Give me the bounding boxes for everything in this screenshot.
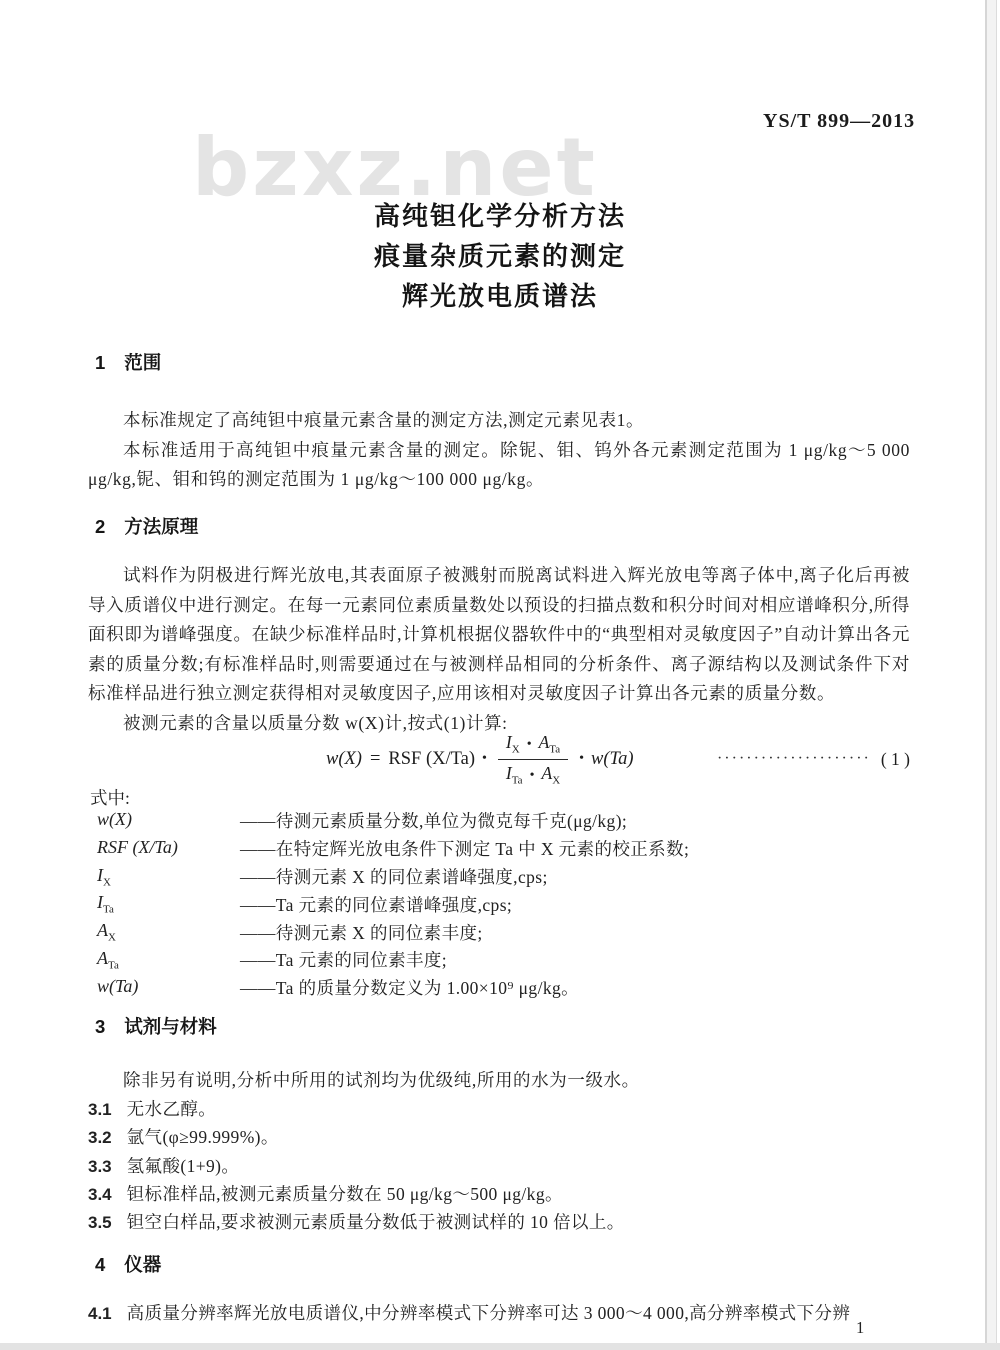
symbol-definitions: w(X) ——待测元素质量分数,单位为微克每千克(μg/kg); RSF (X/…	[97, 807, 912, 1002]
definition-term: w(X)	[97, 809, 240, 833]
sub-X: X	[552, 774, 560, 786]
equals-sign: =	[370, 749, 380, 770]
paragraph: 本标准适用于高纯钽中痕量元素含量的测定。除铌、钼、钨外各元素测定范围为 1 μg…	[88, 436, 910, 495]
term-sub: Ta	[103, 904, 114, 916]
definition-term: ATa	[97, 948, 240, 972]
section2-heading: 2方法原理	[95, 513, 198, 539]
equation: w(X) = RSF (X/Ta) • IX•ATa ITa•AX • w(Ta…	[326, 732, 634, 786]
term-sub: X	[103, 876, 111, 888]
clause-number: 3.3	[88, 1157, 112, 1176]
eq-rhs: w(Ta)	[591, 749, 634, 770]
clause-number: 4.1	[88, 1304, 112, 1323]
clause-3-1: 3.1无水乙醇。	[88, 1096, 948, 1121]
term-sub: Ta	[108, 960, 119, 972]
definition-row: IX ——待测元素 X 的同位素谱峰强度,cps;	[97, 863, 912, 891]
var-A: A	[539, 732, 550, 752]
section3-number: 3	[95, 1016, 105, 1038]
standard-code: YS/T 899—2013	[763, 110, 915, 133]
title-line-2: 痕量杂质元素的测定	[0, 236, 1000, 276]
title-line-1: 高纯钽化学分析方法	[0, 196, 1000, 236]
section4-label: 仪器	[124, 1254, 161, 1275]
clause-text: 氢氟酸(1+9)。	[127, 1156, 240, 1176]
clause-number: 3.4	[88, 1185, 112, 1204]
fraction-denominator: ITa•AX	[506, 760, 560, 787]
eq-lhs: w(X)	[326, 749, 362, 770]
term-text: RSF (X/Ta)	[97, 837, 178, 857]
definition-desc: ——待测元素 X 的同位素谱峰强度,cps;	[240, 864, 548, 889]
clause-number: 3.2	[88, 1128, 112, 1147]
definition-term: AX	[97, 920, 240, 944]
definition-term: w(Ta)	[97, 976, 240, 1000]
clause-4-1: 4.1高质量分辨率辉光放电质谱仪,中分辨率模式下分辨率可达 3 000～4 00…	[88, 1300, 948, 1325]
term-text: A	[97, 920, 108, 940]
multiply-dot: •	[579, 751, 584, 767]
definition-row: ITa ——Ta 元素的同位素谱峰强度,cps;	[97, 890, 912, 918]
multiply-dot: •	[530, 768, 535, 783]
clause-number: 3.1	[88, 1100, 112, 1119]
var-A: A	[541, 763, 552, 783]
definition-term: IX	[97, 865, 240, 889]
paragraph: 除非另有说明,分析中所用的试剂均为优级纯,所用的水为一级水。	[88, 1066, 910, 1096]
term-text: w(X)	[97, 809, 132, 829]
section3-intro: 除非另有说明,分析中所用的试剂均为优级纯,所用的水为一级水。	[88, 1066, 910, 1096]
term-text: w(Ta)	[97, 976, 138, 996]
clause-number: 3.5	[88, 1213, 112, 1232]
section1-number: 1	[95, 352, 105, 374]
equation-number: ( 1 )	[881, 749, 910, 770]
term-sub: X	[108, 932, 116, 944]
document-title: 高纯钽化学分析方法 痕量杂质元素的测定 辉光放电质谱法	[0, 196, 1000, 316]
clause-text: 钽空白样品,要求被测元素质量分数低于被测试样的 10 倍以上。	[127, 1212, 625, 1232]
definition-desc: ——待测元素质量分数,单位为微克每千克(μg/kg);	[240, 808, 627, 833]
sub-X: X	[512, 744, 520, 756]
formula-1: w(X) = RSF (X/Ta) • IX•ATa ITa•AX • w(Ta…	[88, 728, 910, 790]
section3-label: 试剂与材料	[124, 1016, 217, 1037]
multiply-dot: •	[527, 737, 532, 752]
sub-Ta: Ta	[549, 744, 560, 756]
fraction: IX•ATa ITa•AX	[498, 732, 568, 786]
definition-row: ATa ——Ta 元素的同位素丰度;	[97, 946, 912, 974]
definition-desc: ——在特定辉光放电条件下测定 Ta 中 X 元素的校正系数;	[240, 836, 689, 861]
term-text: A	[97, 948, 108, 968]
section4-heading: 4仪器	[95, 1251, 161, 1277]
clause-3-5: 3.5钽空白样品,要求被测元素质量分数低于被测试样的 10 倍以上。	[88, 1209, 948, 1234]
definition-desc: ——待测元素 X 的同位素丰度;	[240, 920, 483, 945]
page-edge-bottom	[0, 1343, 1000, 1350]
title-line-3: 辉光放电质谱法	[0, 276, 1000, 316]
paragraph: 本标准规定了高纯钽中痕量元素含量的测定方法,测定元素见表1。	[88, 406, 910, 436]
clause-3-2: 3.2氩气(φ≥99.999%)。	[88, 1124, 948, 1149]
section4-number: 4	[95, 1254, 105, 1276]
definition-term: ITa	[97, 892, 240, 916]
definition-desc: ——Ta 元素的同位素谱峰强度,cps;	[240, 892, 512, 917]
definition-term: RSF (X/Ta)	[97, 837, 240, 861]
clause-text: 无水乙醇。	[127, 1099, 217, 1119]
fraction-numerator: IX•ATa	[498, 732, 568, 760]
definition-row: AX ——待测元素 X 的同位素丰度;	[97, 918, 912, 946]
clause-3-4: 3.4钽标准样品,被测元素质量分数在 50 μg/kg～500 μg/kg。	[88, 1181, 948, 1206]
clause-text: 氩气(φ≥99.999%)。	[127, 1127, 279, 1147]
clause-text: 高质量分辨率辉光放电质谱仪,中分辨率模式下分辨率可达 3 000～4 000,高…	[127, 1303, 851, 1323]
document-page: bzxz.net YS/T 899—2013 高纯钽化学分析方法 痕量杂质元素的…	[0, 0, 1000, 1350]
clause-text: 钽标准样品,被测元素质量分数在 50 μg/kg～500 μg/kg。	[127, 1184, 563, 1204]
definition-desc: ——Ta 元素的同位素丰度;	[240, 947, 447, 972]
sub-Ta: Ta	[512, 774, 523, 786]
section2-number: 2	[95, 516, 105, 538]
definition-row: w(X) ——待测元素质量分数,单位为微克每千克(μg/kg);	[97, 807, 912, 835]
dot-leader: ·····················	[717, 750, 871, 768]
section2-body: 试料作为阴极进行辉光放电,其表面原子被溅射而脱离试料进入辉光放电等离子体中,离子…	[88, 561, 910, 738]
section1-label: 范围	[124, 352, 161, 373]
clause-3-3: 3.3氢氟酸(1+9)。	[88, 1153, 948, 1178]
definition-desc: ——Ta 的质量分数定义为 1.00×10⁹ μg/kg。	[240, 975, 579, 1000]
eq-rsf: RSF (X/Ta)	[388, 749, 475, 770]
paragraph: 试料作为阴极进行辉光放电,其表面原子被溅射而脱离试料进入辉光放电等离子体中,离子…	[88, 561, 910, 709]
page-number: 1	[856, 1318, 864, 1338]
section1-heading: 1范围	[95, 349, 161, 375]
section2-label: 方法原理	[124, 516, 198, 537]
definition-row: RSF (X/Ta) ——在特定辉光放电条件下测定 Ta 中 X 元素的校正系数…	[97, 835, 912, 863]
section3-heading: 3试剂与材料	[95, 1013, 217, 1039]
multiply-dot: •	[482, 751, 487, 767]
section1-body: 本标准规定了高纯钽中痕量元素含量的测定方法,测定元素见表1。 本标准适用于高纯钽…	[88, 406, 910, 495]
definition-row: w(Ta) ——Ta 的质量分数定义为 1.00×10⁹ μg/kg。	[97, 974, 912, 1002]
